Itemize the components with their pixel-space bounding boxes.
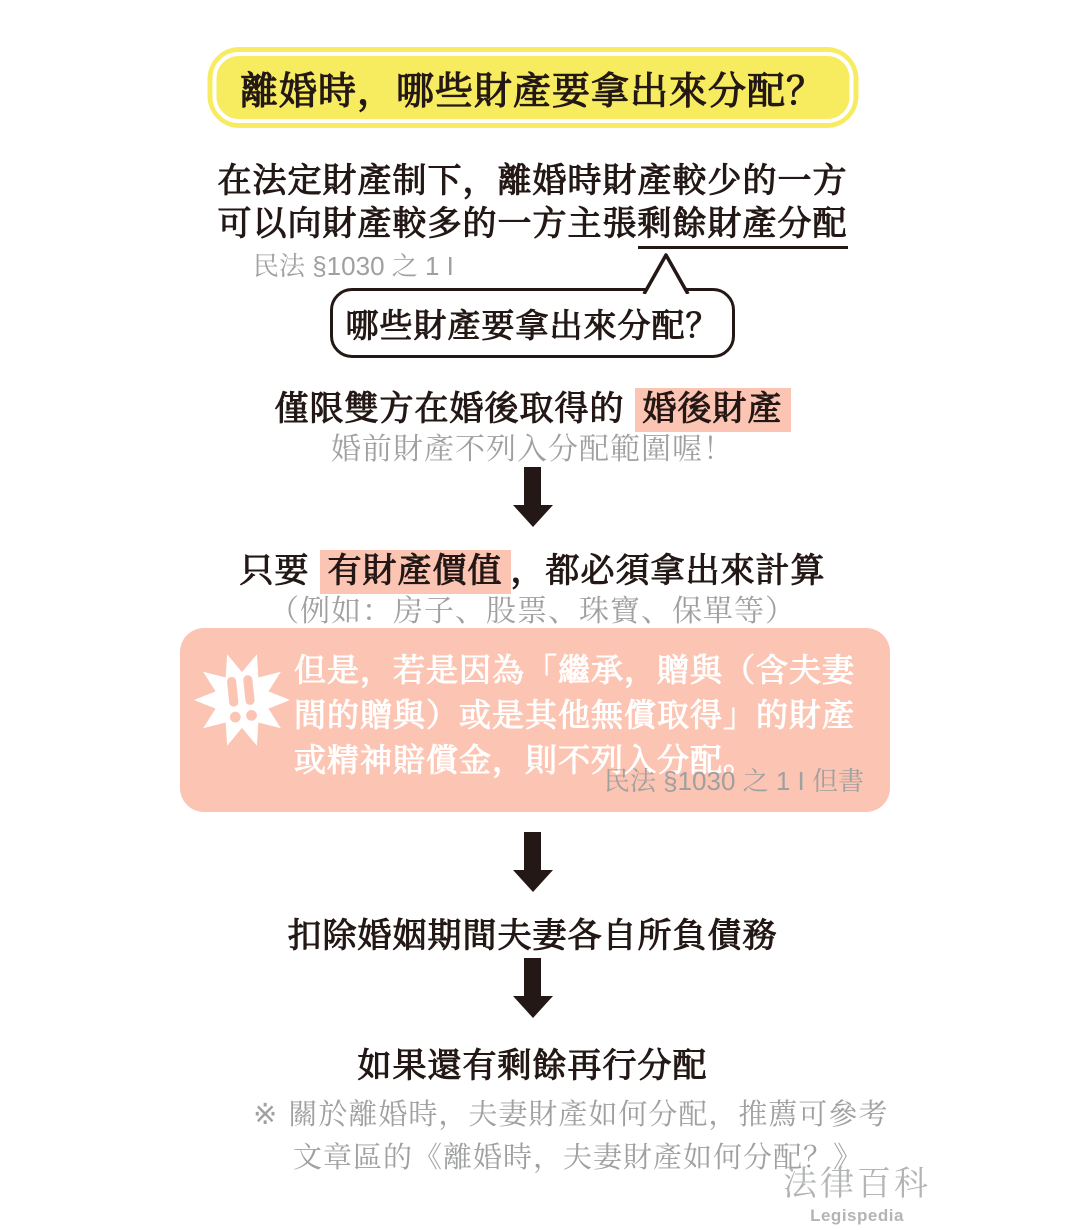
intro-line-2-prefix: 可以向財產較多的一方主張 xyxy=(218,205,638,243)
law-citation-warning: 民法 §1030 之 1 I 但書 xyxy=(604,761,864,798)
intro-line-1: 在法定財產制下，離婚時財產較少的一方 xyxy=(0,160,1065,203)
intro-paragraph: 在法定財產制下，離婚時財產較少的一方 可以向財產較多的一方主張剩餘財產分配 xyxy=(0,160,1065,246)
bubble-tail-icon xyxy=(641,252,691,294)
step2-note: （例如：房子、股票、珠寶、保單等） xyxy=(0,586,1065,630)
infographic-canvas: 離婚時，哪些財產要拿出來分配？ 在法定財產制下，離婚時財產較少的一方 可以向財產… xyxy=(0,0,1065,1230)
bubble-question-text: 哪些財產要拿出來分配？ xyxy=(346,300,720,347)
footnote-line-1-text: 關於離婚時，夫妻財產如何分配，推薦可參考 xyxy=(288,1099,888,1131)
question-speech-bubble: 哪些財產要拿出來分配？ xyxy=(330,288,735,358)
step1-prefix: 僅限雙方在婚後取得的 xyxy=(275,390,625,428)
arrow-shaft xyxy=(524,958,541,996)
page-title: 離婚時，哪些財產要拿出來分配？ xyxy=(212,52,853,123)
step3-line: 扣除婚姻期間夫妻各自所負債務 xyxy=(0,908,1065,957)
title-badge: 離婚時，哪些財產要拿出來分配？ xyxy=(207,47,858,128)
step4-line: 如果還有剩餘再行分配 xyxy=(0,1038,1065,1087)
site-logo: 法律百科 Legispedia xyxy=(783,1156,931,1226)
footnote-line-1: ※關於離婚時，夫妻財產如何分配，推薦可參考 xyxy=(253,1094,888,1137)
arrow-down-icon-1 xyxy=(513,467,553,527)
arrow-down-icon-2 xyxy=(513,832,553,892)
logo-name: 法律百科 xyxy=(783,1156,931,1205)
warning-box: 但是，若是因為「繼承，贈與（含夫妻間的贈與）或是其他無償取得」的財產或精神賠償金… xyxy=(180,628,890,812)
footnote-marker: ※ xyxy=(253,1099,278,1131)
step2-prefix: 只要 xyxy=(240,552,310,590)
arrow-down-icon-3 xyxy=(513,958,553,1018)
logo-subname: Legispedia xyxy=(783,1206,931,1226)
exclamation-burst-icon xyxy=(194,652,290,748)
law-citation-main: 民法 §1030 之 1 I xyxy=(253,246,454,283)
step1-line: 僅限雙方在婚後取得的婚後財產 xyxy=(0,381,1065,430)
step1-note: 婚前財產不列入分配範圍喔！ xyxy=(0,424,1065,468)
arrow-shaft xyxy=(524,467,541,505)
remaining-property-underlined-term: 剩餘財產分配 xyxy=(638,205,848,249)
step2-line: 只要有財產價值，都必須拿出來計算 xyxy=(0,543,1065,592)
step2-suffix: ，都必須拿出來計算 xyxy=(511,552,826,590)
intro-line-2: 可以向財產較多的一方主張剩餘財產分配 xyxy=(0,203,1065,246)
arrow-head xyxy=(513,870,553,892)
arrow-head xyxy=(513,505,553,527)
arrow-shaft xyxy=(524,832,541,870)
arrow-head xyxy=(513,996,553,1018)
